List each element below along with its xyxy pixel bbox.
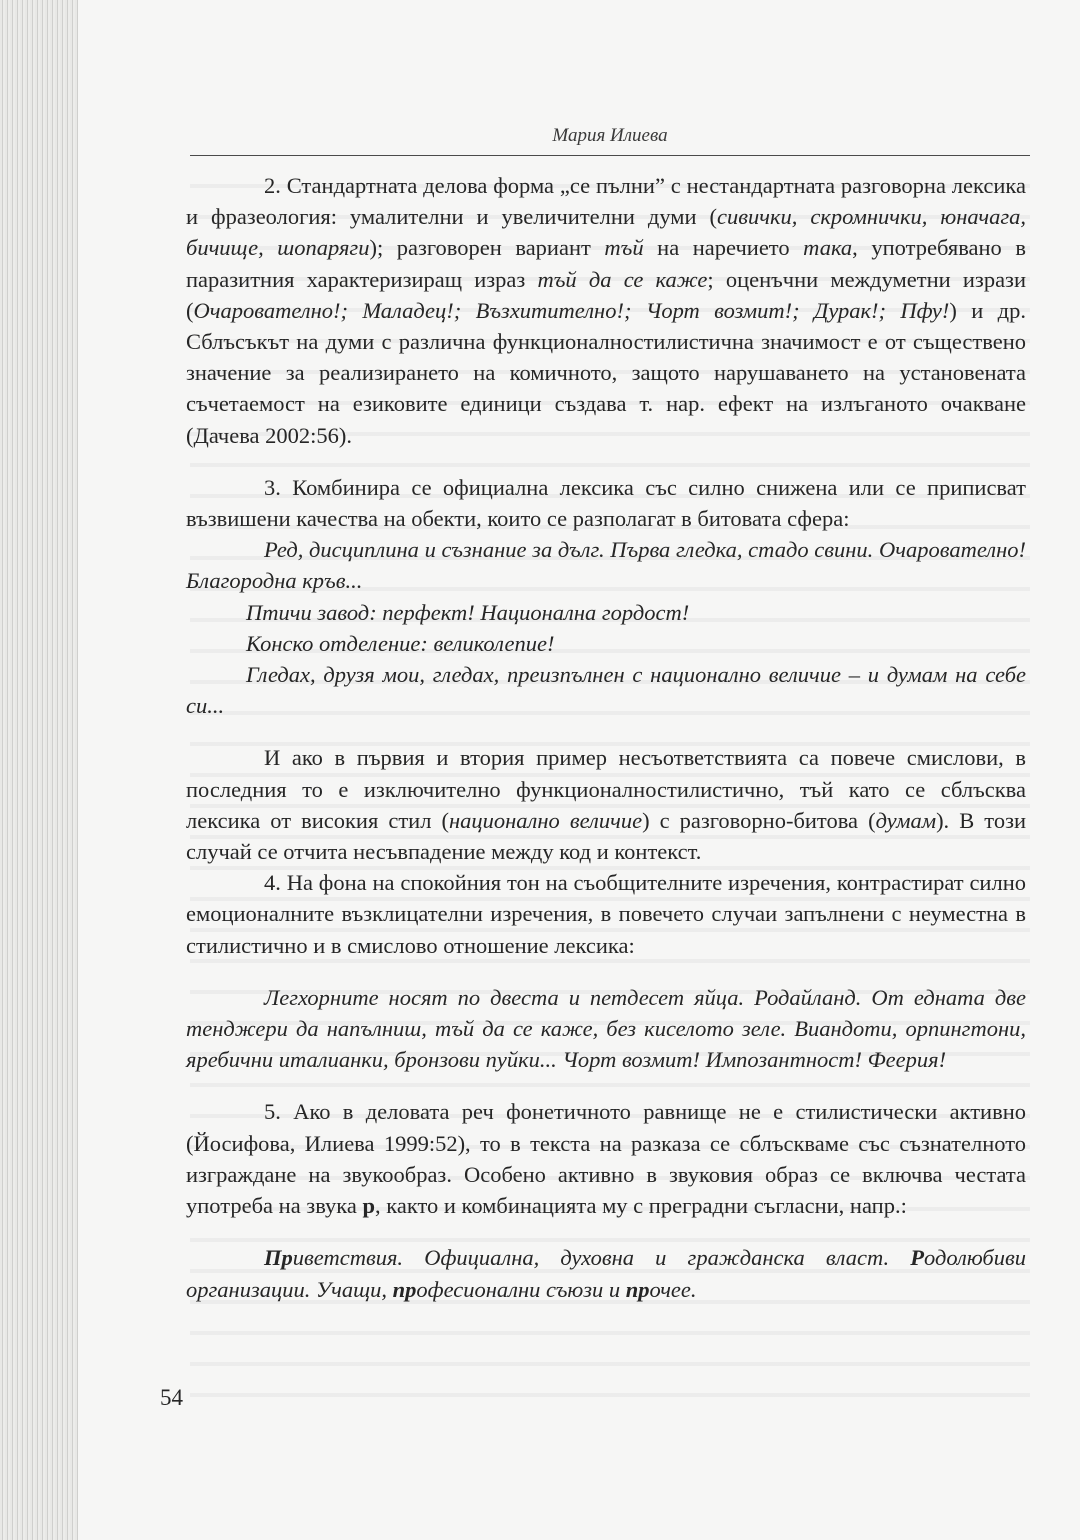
text-segment-italic: думам [876, 808, 936, 833]
header-rule [190, 155, 1030, 156]
text-segment: , както и комбинацията му с преградни съ… [375, 1193, 907, 1218]
text-segment-bold-italic: Пр [264, 1245, 293, 1270]
quote-line: Гледах, друзя мои, гледах, преизпълнен с… [186, 659, 1026, 721]
quote-block-3: Приветствия. Официална, духовна и гражда… [186, 1242, 1026, 1304]
text-segment: ); разговорен вариант [369, 235, 604, 260]
spacer [186, 1221, 1026, 1242]
page-number: 54 [160, 1385, 183, 1411]
running-header: Мария Илиева [190, 125, 1030, 147]
text-segment: 3. Комбинира се официална лексика със си… [186, 475, 1026, 531]
quote-line: Легхорните носят по двеста и петдесет яй… [186, 982, 1026, 1076]
spacer [186, 721, 1026, 742]
quote-line: Приветствия. Официална, духовна и гражда… [186, 1242, 1026, 1304]
text-segment-italic: национално величие [449, 808, 642, 833]
quote-line: Конско отделение: великолепие! [186, 628, 1026, 659]
text-segment-bold: р [363, 1193, 376, 1218]
quote-line: Ред, дисциплина и съзнание за дълг. Първ… [186, 534, 1026, 596]
text-segment: на наречието [644, 235, 804, 260]
text-segment: ) с разговорно-битова ( [642, 808, 876, 833]
quote-line: Птичи завод: перфект! Национална гордост… [186, 597, 1026, 628]
paragraph-4: 4. На фона на спокойния тон на съобщител… [186, 867, 1026, 961]
page-stack-edge [0, 0, 78, 1540]
paragraph-commentary: И ако в първия и втория пример несъответ… [186, 742, 1026, 867]
text-segment-italic: тъй да се каже [538, 267, 708, 292]
paragraph-2: 2. Стандартната делова форма „се пълни” … [186, 170, 1026, 451]
paragraph-3: 3. Комбинира се официална лексика със си… [186, 472, 1026, 534]
text-segment-bold-italic: пр [626, 1277, 650, 1302]
text-segment-italic: очее. [650, 1277, 697, 1302]
text-segment-bold-italic: Р [910, 1245, 924, 1270]
spacer [186, 1075, 1026, 1096]
text-segment-italic: Очарователно!; Маладец!; Възхитително!; … [194, 298, 950, 323]
text-segment-italic: иветствия. Официална, духовна и гражданс… [293, 1245, 910, 1270]
quote-block-2: Легхорните носят по двеста и петдесет яй… [186, 982, 1026, 1076]
text-segment-bold-italic: пр [393, 1277, 417, 1302]
spacer [186, 961, 1026, 982]
text-segment: 4. На фона на спокойния тон на съобщител… [186, 870, 1026, 957]
text-segment-italic: офесионални съюзи и [416, 1277, 625, 1302]
quote-block-1: Ред, дисциплина и съзнание за дълг. Първ… [186, 534, 1026, 721]
paragraph-5: 5. Ако в деловата реч фонетичното равнищ… [186, 1096, 1026, 1221]
page-body: 2. Стандартната делова форма „се пълни” … [186, 170, 1026, 1305]
spacer [186, 451, 1026, 472]
text-segment-italic: тъй [604, 235, 643, 260]
text-segment-italic: така [803, 235, 852, 260]
